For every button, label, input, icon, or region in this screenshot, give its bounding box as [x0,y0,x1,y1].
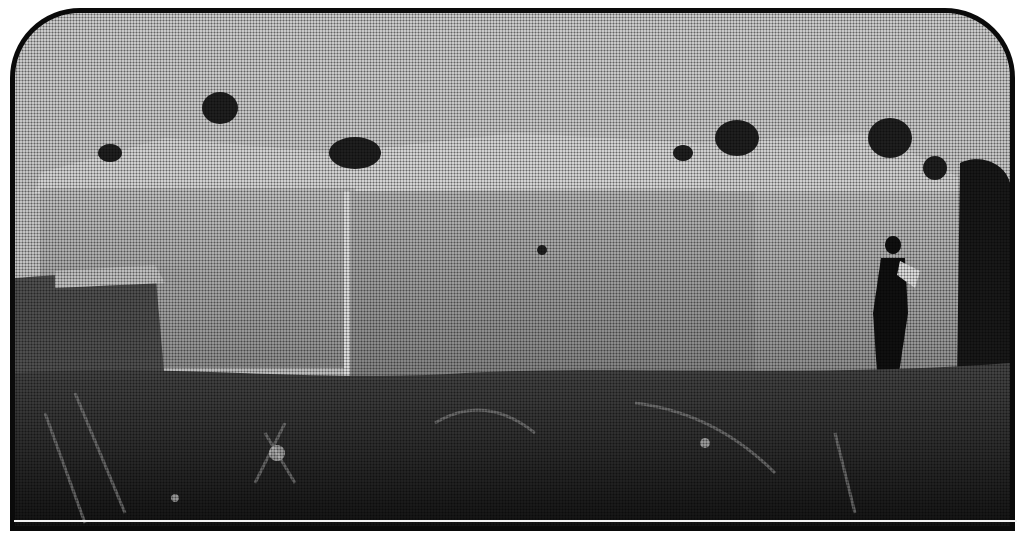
foreground-grass [15,363,1010,526]
frame-rule [14,520,1017,522]
photo-frame [10,8,1015,531]
right-tank [755,191,960,371]
photo-scene [15,13,1010,526]
center-tank [345,191,765,381]
